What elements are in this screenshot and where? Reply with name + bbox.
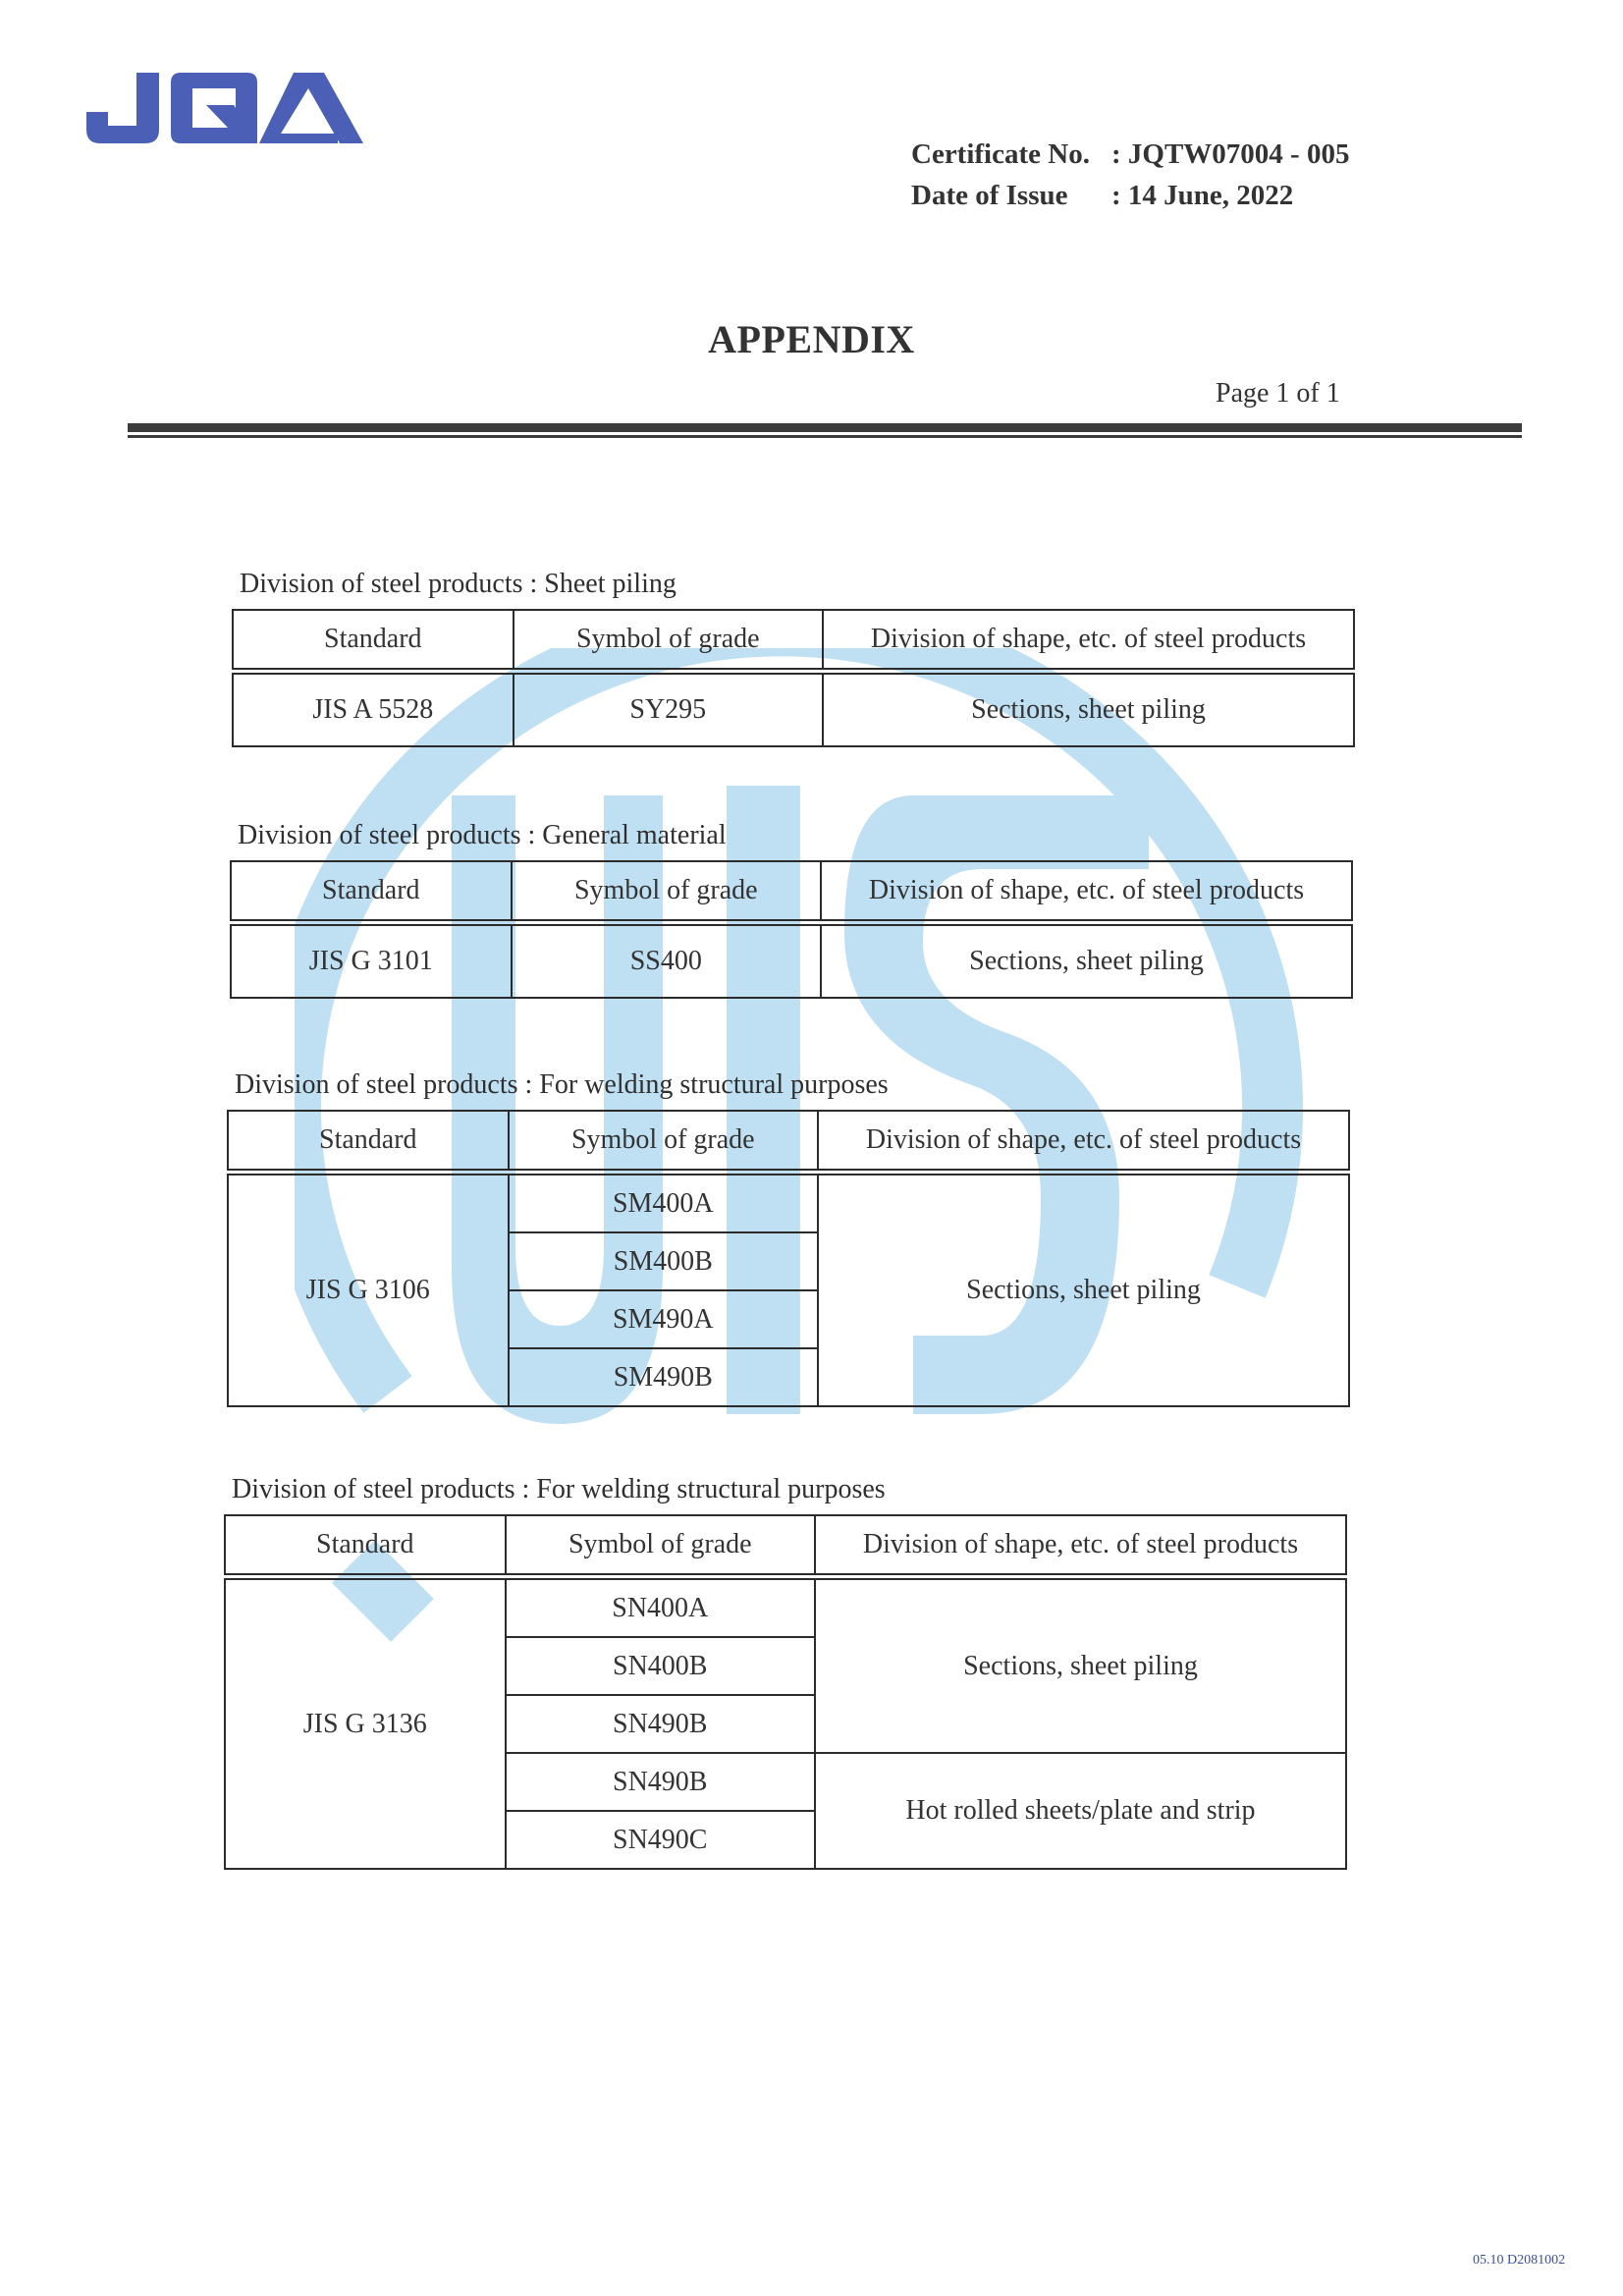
grade-table: StandardSymbol of gradeDivision of shape… xyxy=(230,860,1353,999)
certificate-number: : JQTW07004 - 005 xyxy=(1111,134,1349,175)
column-header: Standard xyxy=(231,861,512,923)
section-caption: Division of steel products : General mat… xyxy=(238,819,1353,852)
grade-cell: SN490B xyxy=(506,1695,815,1753)
column-header: Division of shape, etc. of steel product… xyxy=(818,1111,1349,1173)
grade-table: StandardSymbol of gradeDivision of shape… xyxy=(232,609,1355,747)
grade-cell: SY295 xyxy=(514,672,823,747)
column-header: Division of shape, etc. of steel product… xyxy=(823,610,1354,672)
standard-cell: JIS G 3136 xyxy=(225,1577,506,1870)
grade-cell: SN400A xyxy=(506,1577,815,1638)
grade-cell: SM400B xyxy=(509,1232,818,1290)
jqa-logo-icon xyxy=(82,69,363,147)
column-header: Division of shape, etc. of steel product… xyxy=(815,1515,1346,1577)
section-caption: Division of steel products : For welding… xyxy=(235,1068,1350,1102)
grade-cell: SS400 xyxy=(512,923,821,999)
standard-cell: JIS G 3106 xyxy=(228,1173,509,1407)
column-header: Symbol of grade xyxy=(509,1111,818,1173)
grade-cell: SN490C xyxy=(506,1811,815,1869)
column-header: Symbol of grade xyxy=(506,1515,815,1577)
shape-division-cell: Sections, sheet piling xyxy=(821,923,1352,999)
column-header: Symbol of grade xyxy=(514,610,823,672)
table-row: JIS G 3136SN400ASections, sheet piling xyxy=(225,1577,1346,1638)
section-caption: Division of steel products : Sheet pilin… xyxy=(240,568,1355,601)
header-divider-thin xyxy=(128,435,1522,438)
column-header: Standard xyxy=(228,1111,509,1173)
document-code: 05.10 D2081002 xyxy=(1473,2253,1565,2269)
header-divider-thick xyxy=(128,423,1522,432)
standard-cell: JIS G 3101 xyxy=(231,923,512,999)
standard-cell: JIS A 5528 xyxy=(233,672,514,747)
table-row: JIS A 5528SY295Sections, sheet piling xyxy=(233,672,1354,747)
grade-cell: SN490B xyxy=(506,1753,815,1811)
steel-section-2: Division of steel products : General mat… xyxy=(230,819,1353,999)
table-row: JIS G 3101SS400Sections, sheet piling xyxy=(231,923,1352,999)
section-caption: Division of steel products : For welding… xyxy=(232,1473,1347,1506)
column-header: Standard xyxy=(225,1515,506,1577)
steel-section-3: Division of steel products : For welding… xyxy=(227,1068,1350,1407)
shape-division-cell: Sections, sheet piling xyxy=(818,1173,1349,1407)
grade-table: StandardSymbol of gradeDivision of shape… xyxy=(224,1514,1347,1870)
table-header-row: StandardSymbol of gradeDivision of shape… xyxy=(233,610,1354,672)
certificate-block: Certificate No. : JQTW07004 - 005 Date o… xyxy=(911,134,1349,216)
shape-division-cell: Sections, sheet piling xyxy=(815,1577,1346,1754)
date-of-issue: : 14 June, 2022 xyxy=(1111,175,1293,216)
table-header-row: StandardSymbol of gradeDivision of shape… xyxy=(231,861,1352,923)
shape-division-cell: Sections, sheet piling xyxy=(823,672,1354,747)
column-header: Division of shape, etc. of steel product… xyxy=(821,861,1352,923)
page-title: APPENDIX xyxy=(0,316,1623,362)
shape-division-cell: Hot rolled sheets/plate and strip xyxy=(815,1753,1346,1869)
grade-table: StandardSymbol of gradeDivision of shape… xyxy=(227,1110,1350,1407)
grade-cell: SN400B xyxy=(506,1637,815,1695)
certificate-label: Certificate No. xyxy=(911,134,1111,175)
date-label: Date of Issue xyxy=(911,175,1111,216)
grade-cell: SM400A xyxy=(509,1173,818,1233)
table-header-row: StandardSymbol of gradeDivision of shape… xyxy=(228,1111,1349,1173)
column-header: Standard xyxy=(233,610,514,672)
grade-cell: SM490B xyxy=(509,1348,818,1406)
column-header: Symbol of grade xyxy=(512,861,821,923)
page-number: Page 1 of 1 xyxy=(1216,378,1340,410)
table-row: JIS G 3106SM400ASections, sheet piling xyxy=(228,1173,1349,1233)
steel-section-1: Division of steel products : Sheet pilin… xyxy=(232,568,1355,747)
grade-cell: SM490A xyxy=(509,1290,818,1348)
steel-section-4: Division of steel products : For welding… xyxy=(224,1473,1347,1870)
table-header-row: StandardSymbol of gradeDivision of shape… xyxy=(225,1515,1346,1577)
